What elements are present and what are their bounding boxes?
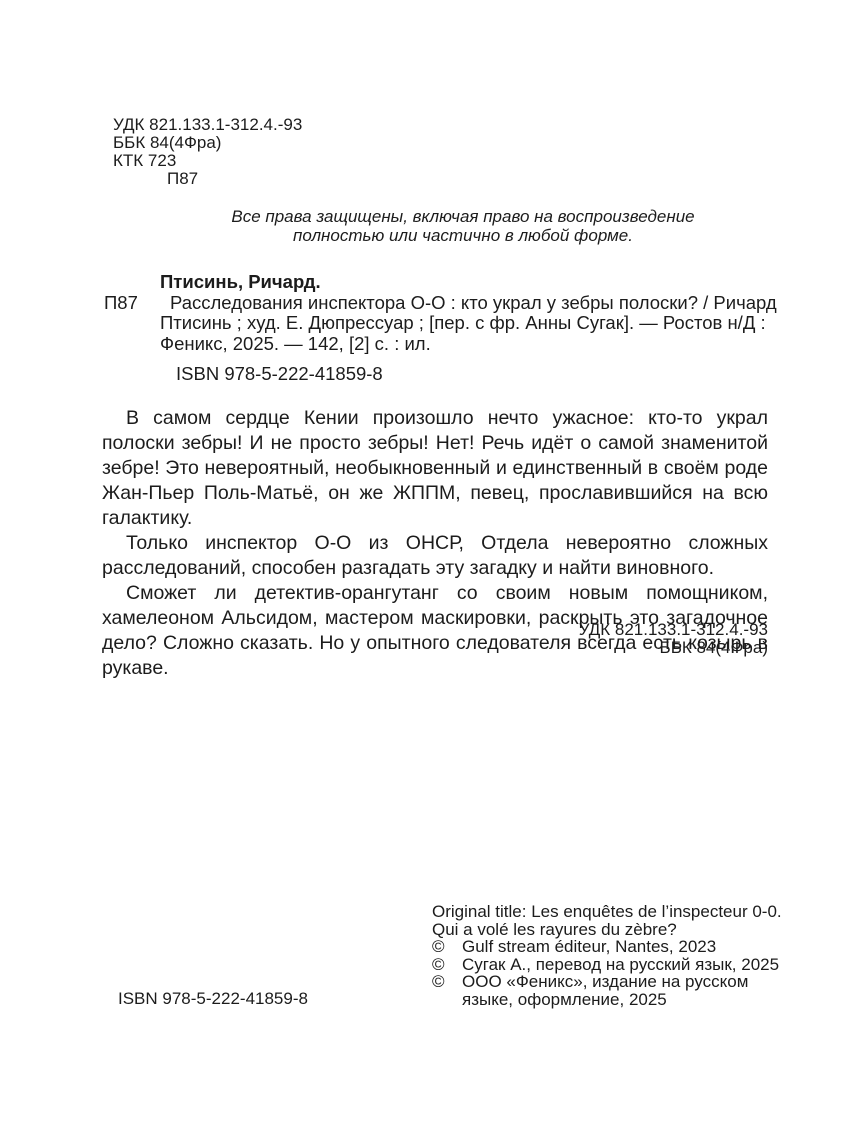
classification-codes-block: УДК 821.133.1-312.4.-93 ББК 84(4Фра) КТК… [113,116,302,188]
isbn-top: ISBN 978-5-222-41859-8 [176,363,383,385]
bbk-code-bottom: ББК 84(4Фра) [579,639,768,657]
copyright-symbol: © [432,956,462,974]
author-sign-code: П87 [104,293,138,314]
original-title-line2: Qui a volé les rayures du zèbre? [432,921,812,939]
copyright-symbol: © [432,973,462,1008]
annotation-paragraph: Только инспектор О-О из ОНСР, Отдела нев… [102,531,768,581]
copyright-block: Original title: Les enquêtes de l’inspec… [432,903,812,1008]
rights-notice-line1: Все права защищены, включая право на вос… [155,207,771,226]
udk-code-bottom: УДК 821.133.1-312.4.-93 [579,621,768,639]
bbk-code: ББК 84(4Фра) [113,134,302,152]
author-name: Птисинь, Ричард. [160,272,777,293]
copyright-symbol: © [432,938,462,956]
udk-code: УДК 821.133.1-312.4.-93 [113,116,302,134]
copyright-text: Сугак А., перевод на русский язык, 2025 [462,956,779,974]
bib-line: Птисинь ; худ. Е. Дюпрессуар ; [пер. с ф… [160,313,777,334]
bib-line: Расследования инспектора О-О : кто украл… [160,293,777,314]
author-sign-code: П87 [167,170,302,188]
annotation-paragraph: В самом сердце Кении произошло нечто ужа… [102,406,768,531]
bib-line: Феникс, 2025. — 142, [2] с. : ил. [160,334,777,355]
rights-notice: Все права защищены, включая право на вос… [155,207,771,245]
classification-codes-bottom: УДК 821.133.1-312.4.-93 ББК 84(4Фра) [579,621,768,657]
original-title-line1: Original title: Les enquêtes de l’inspec… [432,903,812,921]
ktk-code: КТК 723 [113,152,302,170]
isbn-bottom: ISBN 978-5-222-41859-8 [118,989,308,1009]
copyright-row: © Сугак А., перевод на русский язык, 202… [432,956,812,974]
copyright-row: © ООО «Феникс», издание на русском языке… [432,973,812,1008]
rights-notice-line2: полностью или частично в любой форме. [155,226,771,245]
copyright-row: © Gulf stream éditeur, Nantes, 2023 [432,938,812,956]
copyright-text: Gulf stream éditeur, Nantes, 2023 [462,938,716,956]
copyright-page: УДК 821.133.1-312.4.-93 ББК 84(4Фра) КТК… [0,0,856,1122]
copyright-text: ООО «Феникс», издание на русском языке, … [462,973,792,1008]
bibliographic-entry: Птисинь, Ричард. П87 Расследования инспе… [104,272,777,354]
bibliographic-description: П87 Расследования инспектора О-О : кто у… [160,293,777,355]
